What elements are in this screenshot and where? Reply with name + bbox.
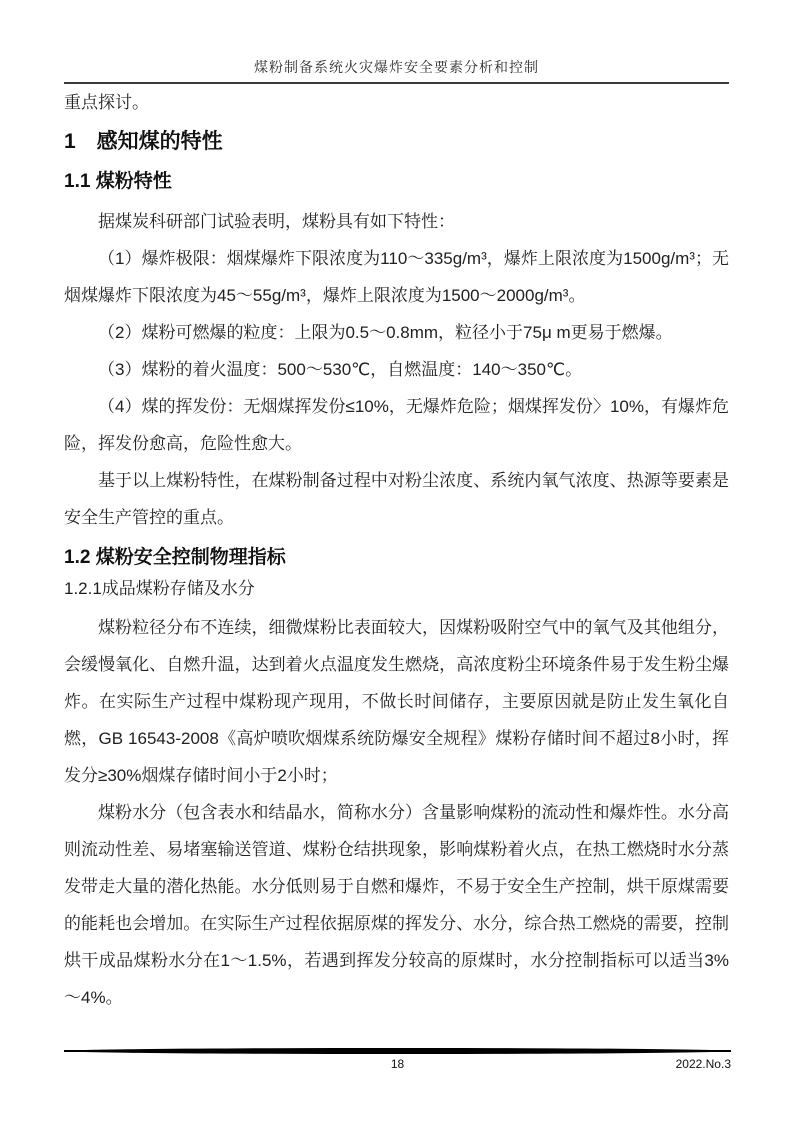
heading-section-1-2: 1.2 煤粉安全控制物理指标 — [64, 545, 729, 570]
paragraph-volatile-content: （4）煤的挥发份：无烟煤挥发份≤10%，无爆炸危险；烟煤挥发份〉10%，有爆炸危… — [64, 388, 729, 462]
heading-section-1-2-1: 1.2.1成品煤粉存储及水分 — [64, 577, 729, 601]
paragraph-particle-size: （2）煤粉可燃爆的粒度：上限为0.5～0.8mm，粒径小于75μ m更易于燃爆。 — [64, 314, 729, 351]
paragraph-coal-properties-intro: 据煤炭科研部门试验表明，煤粉具有如下特性： — [64, 203, 729, 240]
paragraph-storage-oxidation: 煤粉粒径分布不连续，细微煤粉比表面较大，因煤粉吸附空气中的氧气及其他组分，会缓慢… — [64, 609, 729, 794]
heading-section-1-1: 1.1 煤粉特性 — [64, 169, 729, 194]
paragraph-ignition-temperature: （3）煤粉的着火温度：500～530℃，自燃温度：140～350℃。 — [64, 351, 729, 388]
footer-rule-line — [64, 1050, 731, 1052]
document-page: 煤粉制备系统火灾爆炸安全要素分析和控制 重点探讨。 1 感知煤的特性 1.1 煤… — [0, 0, 793, 1122]
footer-text-row: 18 2022.No.3 — [64, 1057, 731, 1075]
page-header: 煤粉制备系统火灾爆炸安全要素分析和控制 — [64, 0, 729, 84]
paragraph-moisture-control: 煤粉水分（包含表水和结晶水，简称水分）含量影响煤粉的流动性和爆炸性。水分高则流动… — [64, 794, 729, 1016]
heading-section-1: 1 感知煤的特性 — [64, 128, 729, 156]
running-title: 煤粉制备系统火灾爆炸安全要素分析和控制 — [64, 57, 729, 77]
paragraph-explosion-limits: （1）爆炸极限：烟煤爆炸下限浓度为110～335g/m³，爆炸上限浓度为1500… — [64, 240, 729, 314]
page-footer: 18 2022.No.3 — [64, 1047, 731, 1075]
paragraph-continuation: 重点探讨。 — [64, 90, 729, 116]
issue-label: 2022.No.3 — [676, 1057, 731, 1071]
page-number: 18 — [64, 1057, 731, 1071]
page-body: 重点探讨。 1 感知煤的特性 1.1 煤粉特性 据煤炭科研部门试验表明，煤粉具有… — [64, 90, 729, 1016]
footer-rule — [64, 1047, 731, 1055]
paragraph-safety-focus: 基于以上煤粉特性，在煤粉制备过程中对粉尘浓度、系统内氧气浓度、热源等要素是安全生… — [64, 462, 729, 536]
